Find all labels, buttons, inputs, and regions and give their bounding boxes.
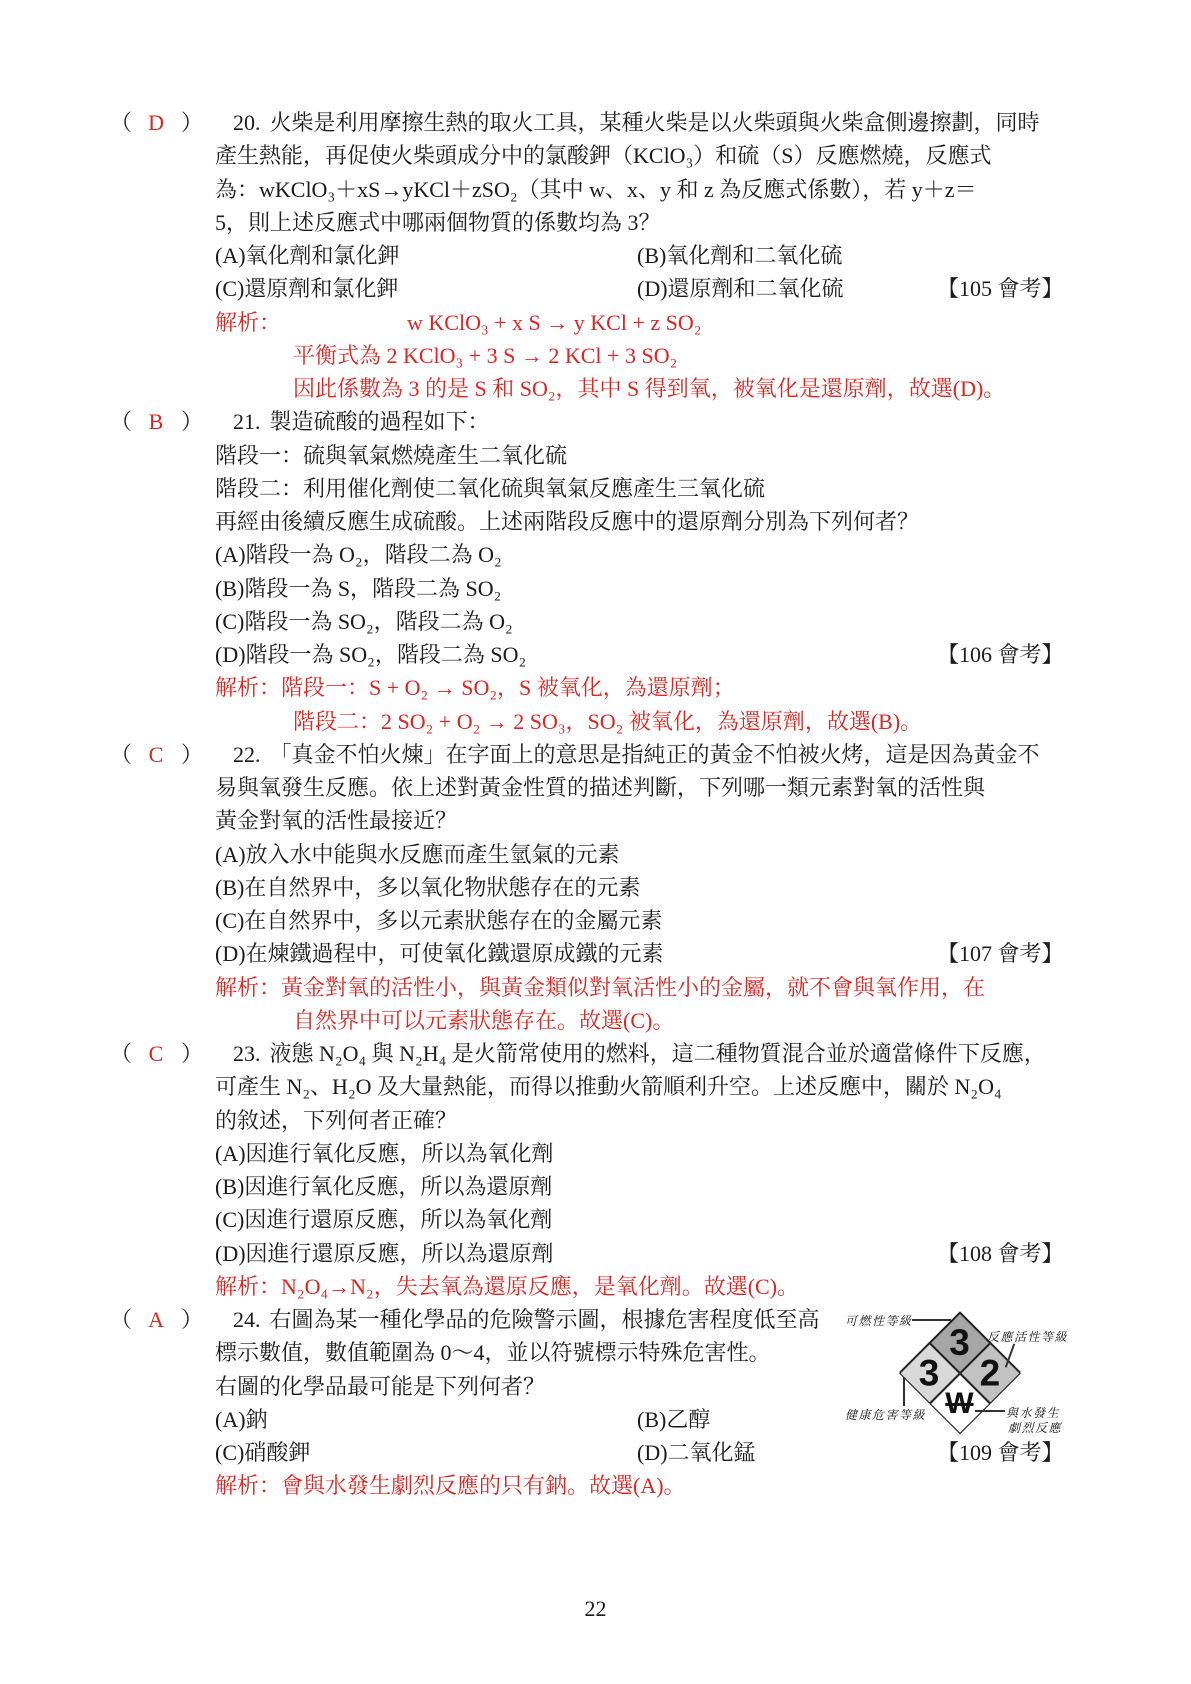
answer-paren-close: ）	[181, 1037, 203, 1070]
explanation-label: 解析：	[215, 1473, 281, 1498]
explanation-line: 自然界中可以元素狀態存在。故選(C)。	[0, 1004, 1191, 1037]
reactivity-value: 2	[980, 1352, 1001, 1394]
question-first-line: （C）22.「真金不怕火煉」在字面上的意思是指純正的黃金不怕被火烤，這是因為黃金…	[0, 738, 1191, 771]
health-value: 3	[919, 1352, 940, 1394]
explanation-line: 解析：N₂O₄→N₂，失去氧為還原反應，是氧化劑。故選(C)。	[0, 1270, 1191, 1303]
option-a: (A)放入水中能與水反應而產生氫氣的元素	[0, 838, 1191, 871]
question-number: 23.	[233, 1041, 261, 1066]
reactivity-label: 反應活性等級	[987, 1328, 1068, 1345]
option-d: (D)二氧化錳	[637, 1436, 756, 1469]
question-20: （D）20.火柴是利用摩擦生熱的取火工具，某種火柴是以火柴頭與火柴盒側邊擦劃，同…	[0, 106, 1191, 405]
answer-letter: C	[145, 738, 167, 771]
answer-paren-open: （	[110, 742, 132, 767]
option-a: (A)氧化劑和氯化鉀	[215, 243, 400, 268]
stem-line: 產生熱能，再促使火柴頭成分中的氯酸鉀（KClO₃）和硫（S）反應燃燒，反應式	[0, 139, 1191, 172]
exam-tag: 【109 會考】	[937, 1436, 1064, 1469]
connector-line-health	[903, 1377, 905, 1406]
option-a: (A)階段一為 O₂，階段二為 O₂	[0, 538, 1191, 571]
question-first-line: （B）21.製造硫酸的過程如下：	[0, 405, 1191, 438]
health-label: 健康危害等級	[845, 1406, 926, 1423]
option-d: (D)還原劑和二氧化硫	[637, 272, 844, 305]
stem-line: 可產生 N₂、H₂O 及大量熱能，而得以推動火箭順利升空。上述反應中，關於 N₂…	[0, 1070, 1191, 1103]
answer-letter: A	[145, 1303, 167, 1336]
question-number: 21.	[233, 409, 261, 434]
explanation-text: 階段一：S + O₂ → SO₂，S 被氧化，為還原劑；	[281, 675, 735, 700]
answer-paren-close: ）	[181, 1303, 203, 1336]
options-row: (C)還原劑和氯化鉀 (D)還原劑和二氧化硫 【105 會考】	[0, 272, 1191, 305]
explanation-line: 解析：黃金對氧的活性小，與黃金類似對氧活性小的金屬，就不會與氧作用，在	[0, 971, 1191, 1004]
connector-line-flammability	[912, 1319, 951, 1321]
option-d: (D)因進行還原反應，所以為還原劑	[215, 1241, 554, 1266]
option-c: (C)還原劑和氯化鉀	[215, 276, 398, 301]
answer-paren-close: ）	[181, 738, 203, 771]
exam-page: （D）20.火柴是利用摩擦生熱的取火工具，某種火柴是以火柴頭與火柴盒側邊擦劃，同…	[0, 0, 1191, 1684]
answer-paren-open: （	[110, 409, 132, 434]
answer-paren-close: ）	[181, 106, 203, 139]
stem-line: 階段一：硫與氧氣燃燒產生二氧化硫	[0, 439, 1191, 472]
options-row: (C)硝酸鉀 (D)二氧化錳 【109 會考】	[0, 1436, 1191, 1469]
option-d: (D)階段一為 SO₂，階段二為 SO₂	[215, 642, 526, 667]
question-first-line: （C）23.液態 N₂O₄ 與 N₂H₄ 是火箭常使用的燃料，這二種物質混合並於…	[0, 1037, 1191, 1070]
explanation-text: N₂O₄→N₂，失去氧為還原反應，是氧化劑。故選(C)。	[281, 1274, 799, 1299]
option-b: (B)因進行氧化反應，所以為還原劑	[0, 1170, 1191, 1203]
option-b: (B)階段一為 S，階段二為 SO₂	[0, 572, 1191, 605]
water-reactive-symbol: W	[946, 1387, 974, 1421]
exam-tag: 【107 會考】	[937, 937, 1064, 970]
stem-line: 「真金不怕火煉」在字面上的意思是指純正的黃金不怕被火烤，這是因為黃金不	[270, 742, 1040, 767]
answer-paren-open: （	[110, 110, 132, 135]
options-row: (D)階段一為 SO₂，階段二為 SO₂ 【106 會考】	[0, 638, 1191, 671]
option-c: (C)在自然界中，多以元素狀態存在的金屬元素	[0, 904, 1191, 937]
answer-paren-open: （	[110, 1307, 132, 1332]
option-c: (C)因進行還原反應，所以為氧化劑	[0, 1203, 1191, 1236]
explanation-line: 解析：會與水發生劇烈反應的只有鈉。故選(A)。	[0, 1469, 1191, 1502]
stem-line: 黃金對氧的活性最接近？	[0, 804, 1191, 837]
explanation-label: 解析：	[215, 1274, 281, 1299]
option-c: (C)硝酸鉀	[215, 1440, 310, 1465]
option-d: (D)在煉鐵過程中，可使氧化鐵還原成鐵的元素	[215, 941, 664, 966]
question-number: 22.	[233, 742, 261, 767]
question-22: （C）22.「真金不怕火煉」在字面上的意思是指純正的黃金不怕被火烤，這是因為黃金…	[0, 738, 1191, 1037]
stem-line: 再經由後續反應生成硫酸。上述兩階段反應中的還原劑分別為下列何者？	[0, 505, 1191, 538]
answer-paren-close: ）	[181, 405, 203, 438]
option-c: (C)階段一為 SO₂，階段二為 O₂	[0, 605, 1191, 638]
exam-content: （D）20.火柴是利用摩擦生熱的取火工具，某種火柴是以火柴頭與火柴盒側邊擦劃，同…	[0, 106, 1191, 1503]
option-b: (B)在自然界中，多以氧化物狀態存在的元素	[0, 871, 1191, 904]
answer-letter: C	[145, 1037, 167, 1070]
option-b: (B)氧化劑和二氧化硫	[637, 239, 842, 272]
stem-line: 製造硫酸的過程如下：	[270, 409, 490, 434]
options-row: (D)因進行還原反應，所以為還原劑 【108 會考】	[0, 1237, 1191, 1270]
question-number: 24.	[233, 1307, 261, 1332]
explanation-text: 會與水發生劇烈反應的只有鈉。故選(A)。	[281, 1473, 686, 1498]
options-row: (D)在煉鐵過程中，可使氧化鐵還原成鐵的元素 【107 會考】	[0, 937, 1191, 970]
explanation-label: 解析：	[215, 975, 281, 1000]
explanation-formula: w KClO₃ + x S → y KCl + z SO₂	[407, 310, 701, 335]
explanation-line: 解析：w KClO₃ + x S → y KCl + z SO₂	[0, 306, 1191, 339]
answer-paren-open: （	[110, 1041, 132, 1066]
flammability-label: 可燃性等級	[845, 1312, 913, 1329]
question-23: （C）23.液態 N₂O₄ 與 N₂H₄ 是火箭常使用的燃料，這二種物質混合並於…	[0, 1037, 1191, 1303]
stem-line: 階段二：利用催化劑使二氧化硫與氧氣反應產生三氧化硫	[0, 472, 1191, 505]
option-a: (A)因進行氧化反應，所以為氧化劑	[0, 1137, 1191, 1170]
explanation-text: 黃金對氧的活性小，與黃金類似對氧活性小的金屬，就不會與氧作用，在	[281, 975, 985, 1000]
options-row: (A)氧化劑和氯化鉀 (B)氧化劑和二氧化硫	[0, 239, 1191, 272]
exam-tag: 【108 會考】	[937, 1237, 1064, 1270]
question-first-line: （D）20.火柴是利用摩擦生熱的取火工具，某種火柴是以火柴頭與火柴盒側邊擦劃，同…	[0, 106, 1191, 139]
exam-tag: 【106 會考】	[937, 638, 1064, 671]
connector-line-water	[975, 1410, 1005, 1412]
page-number: 22	[0, 1596, 1191, 1622]
stem-line: 液態 N₂O₄ 與 N₂H₄ 是火箭常使用的燃料，這二種物質混合並於適當條件下反…	[270, 1041, 1046, 1066]
stem-line: 為：wKClO₃＋xS→yKCl＋zSO₂（其中 w、x、y 和 z 為反應式係…	[0, 173, 1191, 206]
option-a: (A)鈉	[215, 1407, 268, 1432]
explanation-label: 解析：	[215, 310, 281, 335]
question-number: 20.	[233, 110, 261, 135]
explanation-line: 平衡式為 2 KClO₃ + 3 S → 2 KCl + 3 SO₂	[0, 339, 1191, 372]
stem-line: 火柴是利用摩擦生熱的取火工具，某種火柴是以火柴頭與火柴盒側邊擦劃，同時	[270, 110, 1040, 135]
option-b: (B)乙醇	[637, 1403, 710, 1436]
stem-line: 右圖為某一種化學品的危險警示圖，根據危害程度低至高	[270, 1307, 820, 1332]
exam-tag: 【105 會考】	[937, 272, 1064, 305]
answer-letter: B	[145, 405, 167, 438]
answer-letter: D	[145, 106, 167, 139]
question-21: （B）21.製造硫酸的過程如下： 階段一：硫與氧氣燃燒產生二氧化硫 階段二：利用…	[0, 405, 1191, 738]
explanation-line: 解析：階段一：S + O₂ → SO₂，S 被氧化，為還原劑；	[0, 671, 1191, 704]
stem-line: 的敘述，下列何者正確？	[0, 1104, 1191, 1137]
water-reactivity-label-line2: 劇烈反應	[1008, 1419, 1062, 1436]
stem-line: 易與氧發生反應。依上述對黃金性質的描述判斷，下列哪一類元素對氧的活性與	[0, 771, 1191, 804]
explanation-line: 因此係數為 3 的是 S 和 SO₂，其中 S 得到氧，被氧化是還原劑，故選(D…	[0, 372, 1191, 405]
explanation-label: 解析：	[215, 675, 281, 700]
explanation-line: 階段二：2 SO₂ + O₂ → 2 SO₃，SO₂ 被氧化，為還原劑，故選(B…	[0, 705, 1191, 738]
flammability-value: 3	[950, 1322, 971, 1364]
stem-line: 5，則上述反應式中哪兩個物質的係數均為 3？	[0, 206, 1191, 239]
